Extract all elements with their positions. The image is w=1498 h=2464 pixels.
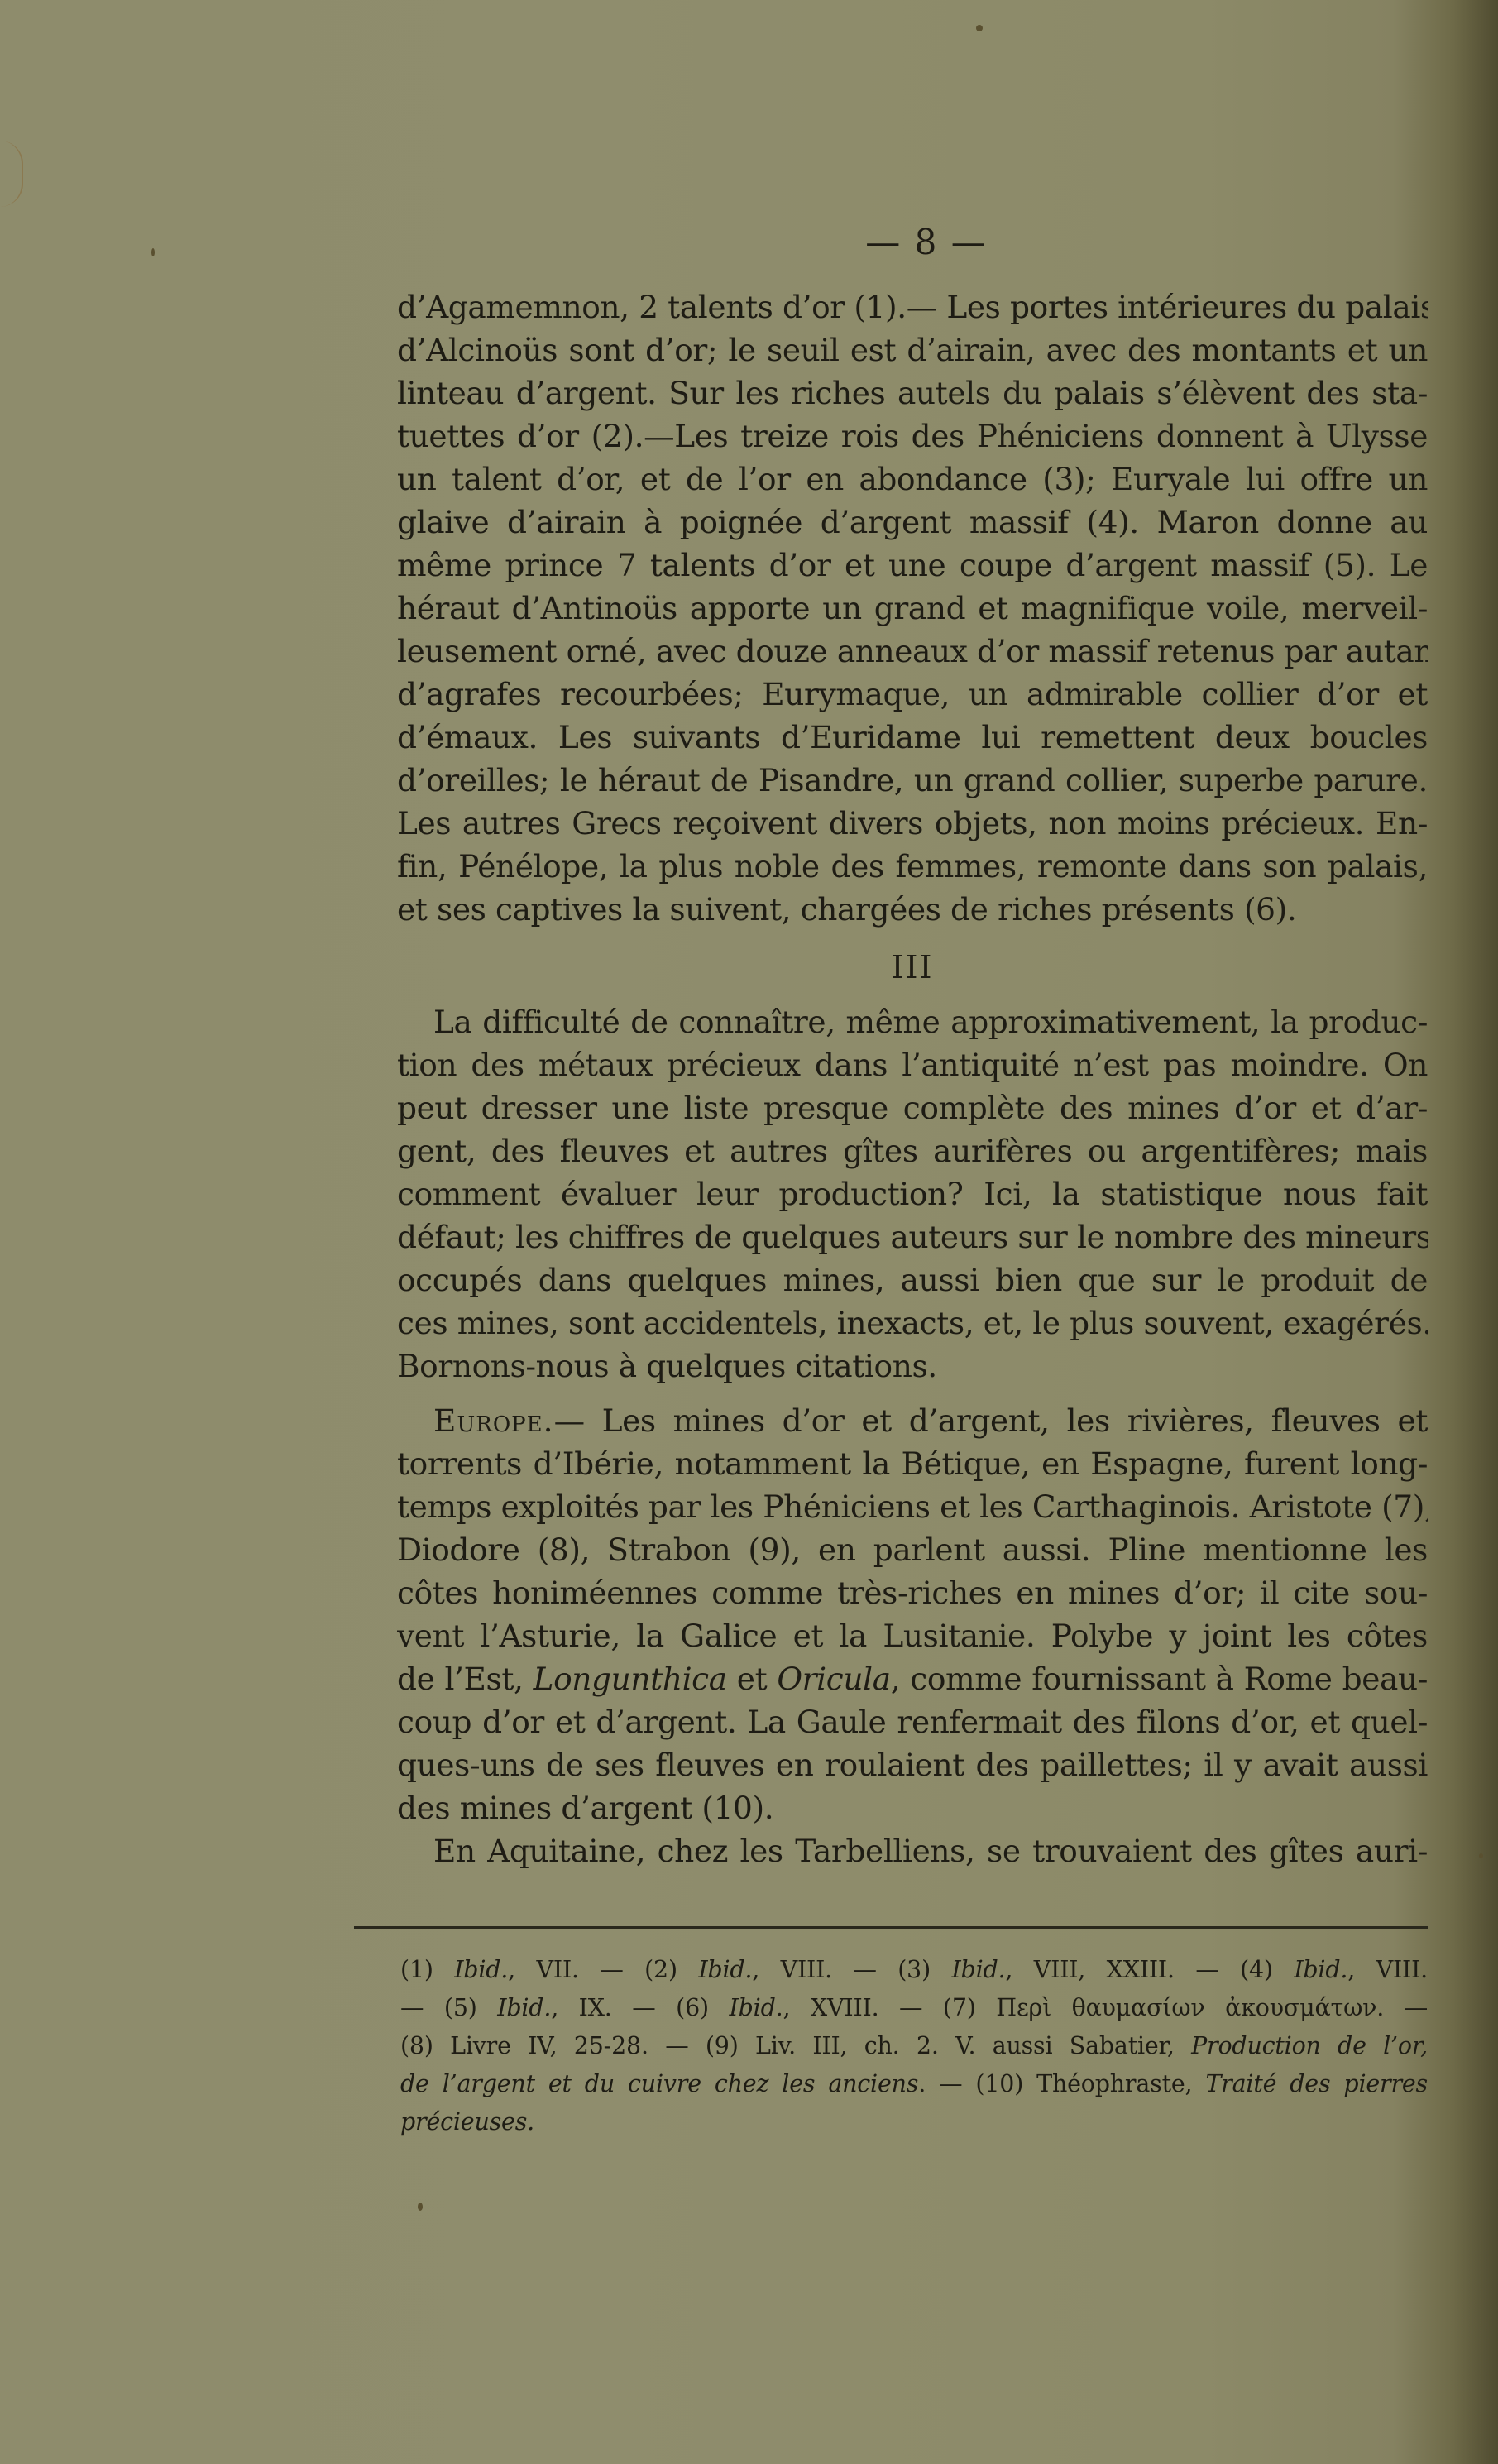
text-line: temps exploités par les Phéniciens et le… bbox=[397, 1485, 1428, 1528]
footnote-line: — (5) Ibid., IX. — (6) Ibid., XVIII. — (… bbox=[400, 1989, 1428, 2027]
footnote-line: (1) Ibid., VII. — (2) Ibid., VIII. — (3)… bbox=[400, 1951, 1428, 1989]
text-line: d’Agamemnon, 2 talents d’or (1).— Les po… bbox=[397, 285, 1428, 328]
text-line: comment évaluer leur production? Ici, la… bbox=[397, 1172, 1428, 1215]
footnote-line: (8) Livre IV, 25-28. — (9) Liv. III, ch.… bbox=[400, 2027, 1428, 2065]
scanned-book-page: — 8 — d’Agamemnon, 2 talents d’or (1).— … bbox=[0, 0, 1498, 2464]
text-line: d’oreilles; le héraut de Pisandre, un gr… bbox=[397, 759, 1428, 802]
text-line: des mines d’argent (10). bbox=[397, 1786, 1428, 1829]
paper-speck bbox=[418, 2203, 423, 2211]
text-line: linteau d’argent. Sur les riches autels … bbox=[397, 372, 1428, 415]
page-number: — 8 — bbox=[0, 222, 1498, 262]
paper-stain bbox=[0, 141, 23, 207]
text-line: peut dresser une liste presque complète … bbox=[397, 1086, 1428, 1129]
place-oricula: Oricula bbox=[777, 1661, 890, 1697]
footnote-line: de l’argent et du cuivre chez les ancien… bbox=[400, 2065, 1428, 2103]
place-longunthica: Longunthica bbox=[534, 1661, 727, 1697]
text-line: et ses captives la suivent, chargées de … bbox=[397, 888, 1428, 931]
text-line: fin, Pénélope, la plus noble des femmes,… bbox=[397, 845, 1428, 888]
text-line: défaut; les chiffres de quelques auteurs… bbox=[397, 1215, 1428, 1258]
text-line: même prince 7 talents d’or et une coupe … bbox=[397, 544, 1428, 587]
text-line: glaive d’airain à poignée d’argent massi… bbox=[397, 501, 1428, 544]
europe-label: Europe. bbox=[433, 1402, 554, 1439]
text-line: Bornons-nous à quelques citations. bbox=[397, 1345, 1428, 1388]
body-text: d’Agamemnon, 2 talents d’or (1).— Les po… bbox=[397, 285, 1428, 1872]
text-line: leusement orné, avec douze anneaux d’or … bbox=[397, 630, 1428, 673]
text-line: d’Alcinoüs sont d’or; le seuil est d’air… bbox=[397, 328, 1428, 372]
text-line: Les autres Grecs reçoivent divers objets… bbox=[397, 802, 1428, 845]
text-line: tion des métaux précieux dans l’antiquit… bbox=[397, 1043, 1428, 1086]
text-line: d’agrafes recourbées; Eurymaque, un admi… bbox=[397, 673, 1428, 716]
text-line: ques-uns de ses fleuves en roulaient des… bbox=[397, 1743, 1428, 1786]
footnotes: (1) Ibid., VII. — (2) Ibid., VIII. — (3)… bbox=[400, 1951, 1428, 2141]
text-line: La difficulté de connaître, même approxi… bbox=[397, 1000, 1428, 1043]
footnote-line: précieuses. bbox=[400, 2103, 1428, 2141]
aquitaine-line: En Aquitaine, chez les Tarbelliens, se t… bbox=[397, 1829, 1428, 1872]
text-line: occupés dans quelques mines, aussi bien … bbox=[397, 1258, 1428, 1302]
text-line: tuettes d’or (2).—Les treize rois des Ph… bbox=[397, 415, 1428, 458]
text-line: un talent d’or, et de l’or en abondance … bbox=[397, 458, 1428, 501]
paper-speck bbox=[976, 25, 983, 31]
europe-first-line: Europe.— Les mines d’or et d’argent, les… bbox=[397, 1399, 1428, 1442]
section-heading: III bbox=[397, 946, 1428, 989]
text-line: côtes honiméennes comme très-riches en m… bbox=[397, 1571, 1428, 1614]
text-line: vent l’Asturie, la Galice et la Lusitani… bbox=[397, 1614, 1428, 1657]
paragraph-europe: Europe.— Les mines d’or et d’argent, les… bbox=[397, 1399, 1428, 1829]
text-line: coup d’or et d’argent. La Gaule renferma… bbox=[397, 1700, 1428, 1743]
paragraph-intro: La difficulté de connaître, même approxi… bbox=[397, 1000, 1428, 1388]
paragraph-gifts: d’Agamemnon, 2 talents d’or (1).— Les po… bbox=[397, 285, 1428, 931]
text-line: Diodore (8), Strabon (9), en parlent aus… bbox=[397, 1528, 1428, 1571]
europe-line-est: de l’Est, Longunthica et Oricula, comme … bbox=[397, 1657, 1428, 1700]
footnote-separator bbox=[354, 1926, 1428, 1929]
text-line: héraut d’Antinoüs apporte un grand et ma… bbox=[397, 587, 1428, 630]
text-line: torrents d’Ibérie, notamment la Bétique,… bbox=[397, 1442, 1428, 1485]
paper-speck bbox=[1479, 1853, 1483, 1858]
text-line: d’émaux. Les suivants d’Euridame lui rem… bbox=[397, 716, 1428, 759]
text-line: gent, des fleuves et autres gîtes aurifè… bbox=[397, 1129, 1428, 1172]
text-line: ces mines, sont accidentels, inexacts, e… bbox=[397, 1302, 1428, 1345]
paper-speck bbox=[151, 248, 155, 256]
